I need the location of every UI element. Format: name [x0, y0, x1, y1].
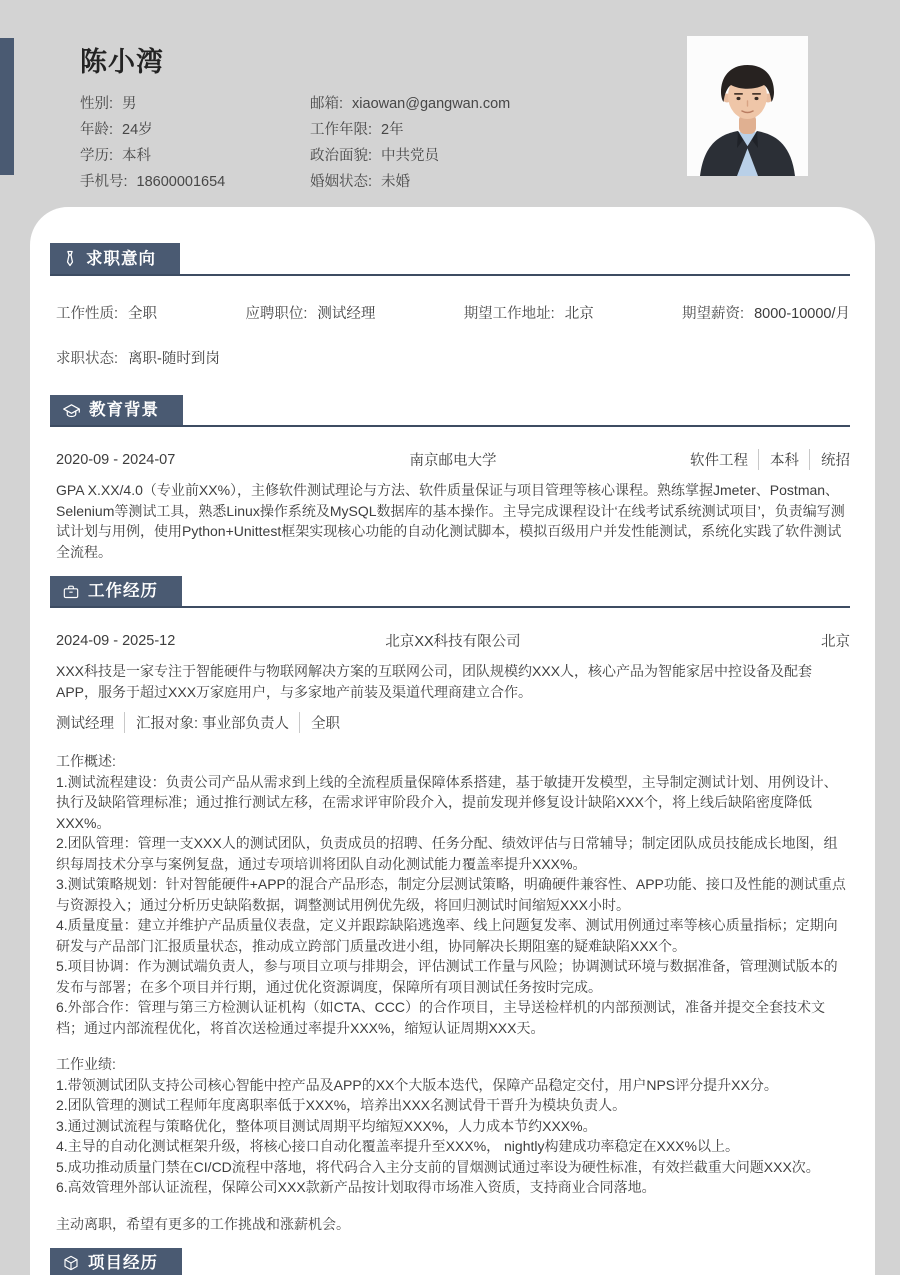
info-field: 手机号:18600001654 [80, 169, 310, 195]
info-label: 婚姻状态: [310, 174, 372, 190]
profile-photo [687, 36, 808, 176]
info-label: 年龄: [80, 122, 113, 138]
work-achievements-list: 1.带领测试团队支持公司核心智能中控产品及APP的XX个大版本迭代，保障产品稳定… [56, 1075, 850, 1198]
info-field: 政治面貌:中共党员 [310, 143, 640, 169]
section-header-project: 项目经历 [50, 1248, 850, 1275]
info-value: 24岁 [122, 122, 153, 138]
info-value: xiaowan@gangwan.com [352, 96, 510, 112]
work-achievements: 工作业绩: 1.带领测试团队支持公司核心智能中控产品及APP的XX个大版本迭代，… [56, 1054, 850, 1198]
intent-field: 期望薪资:8000-10000/月 [682, 302, 850, 323]
section-title: 项目经历 [88, 1255, 158, 1271]
work-overview-item: 1.测试流程建设：负责公司产品从需求到上线的全流程质量保障体系搭建，基于敏捷开发… [56, 772, 850, 834]
work-achievement-item: 2.团队管理的测试工程师年度离职率低于XXX%，培养出XXX名测试骨干晋升为模块… [56, 1095, 850, 1116]
education-tag: 软件工程 [690, 449, 748, 470]
intent-label: 期望薪资: [682, 306, 744, 322]
job-intent-row-1: 工作性质:全职 应聘职位:测试经理 期望工作地址:北京 期望薪资:8000-10… [56, 302, 850, 323]
intent-field: 期望工作地址:北京 [464, 302, 594, 323]
section-header-work: 工作经历 [50, 576, 850, 608]
info-label: 工作年限: [310, 122, 372, 138]
info-value: 男 [122, 96, 137, 112]
education-tags: 软件工程本科统招 [652, 449, 851, 470]
personal-info: 性别:男 年龄:24岁 学历:本科 手机号:18600001654 [80, 91, 660, 195]
info-label: 手机号: [80, 174, 128, 190]
work-role-tag: 汇报对象: 事业部负责人 [124, 712, 289, 733]
section-title: 工作经历 [88, 583, 158, 599]
work-overview-item: 2.团队管理：管理一支XXX人的测试团队，负责成员的招聘、任务分配、绩效评估与日… [56, 833, 850, 874]
info-value: 未婚 [381, 174, 410, 190]
education-tag: 统招 [809, 449, 850, 470]
intent-value: 全职 [128, 306, 157, 322]
info-label: 政治面貌: [310, 148, 372, 164]
intent-label: 求职状态: [56, 351, 118, 367]
info-label: 学历: [80, 148, 113, 164]
education-description: GPA X.XX/4.0（专业前XX%），主修软件测试理论与方法、软件质量保证与… [56, 480, 850, 562]
job-intent-row-2: 求职状态:离职-随时到岗 [56, 347, 850, 368]
work-body: 2024-09 - 2025-12 北京XX科技有限公司 北京 XXX科技是一家… [56, 630, 850, 1234]
work-achievement-item: 5.成功推动质量门禁在CI/CD流程中落地，将代码合入主分支前的冒烟测试通过率设… [56, 1157, 850, 1178]
work-overview-item: 5.项目协调：作为测试端负责人，参与项目立项与排期会，评估测试工作量与风险；协调… [56, 956, 850, 997]
section-badge: 工作经历 [50, 576, 182, 606]
section-badge: 求职意向 [50, 243, 180, 274]
graduation-cap-icon [63, 403, 80, 418]
intent-field: 应聘职位:测试经理 [245, 302, 375, 323]
info-field: 婚姻状态:未婚 [310, 169, 640, 195]
education-meta-row: 2020-09 - 2024-07 南京邮电大学 软件工程本科统招 [56, 449, 850, 470]
work-achievements-title: 工作业绩: [56, 1054, 850, 1075]
briefcase-icon [63, 584, 79, 599]
work-overview-item: 3.测试策略规划：针对智能硬件+APP的混合产品形态，制定分层测试策略，明确硬件… [56, 874, 850, 915]
education-tag: 本科 [758, 449, 799, 470]
info-field: 性别:男 [80, 91, 310, 117]
work-period: 2024-09 - 2025-12 [56, 633, 255, 649]
education-body: 2020-09 - 2024-07 南京邮电大学 软件工程本科统招 GPA X.… [56, 449, 850, 562]
intent-label: 工作性质: [56, 306, 118, 322]
left-accent-bar [0, 38, 14, 175]
intent-label: 应聘职位: [245, 306, 307, 322]
package-icon [63, 1255, 79, 1271]
work-role-row: 测试经理汇报对象: 事业部负责人全职 [56, 712, 850, 733]
work-overview-title: 工作概述: [56, 751, 850, 772]
work-achievement-item: 6.高效管理外部认证流程，保障公司XXX款新产品按计划取得市场准入资质，支持商业… [56, 1177, 850, 1198]
info-column-left: 性别:男 年龄:24岁 学历:本科 手机号:18600001654 [80, 91, 310, 195]
info-column-right: 邮箱:xiaowan@gangwan.com 工作年限:2年 政治面貌:中共党员… [310, 91, 640, 195]
candidate-name: 陈小湾 [80, 40, 660, 79]
intent-field: 工作性质:全职 [56, 302, 157, 323]
section-badge: 项目经历 [50, 1248, 182, 1275]
work-role-tag: 全职 [299, 712, 340, 733]
info-field: 学历:本科 [80, 143, 310, 169]
intent-value: 离职-随时到岗 [128, 351, 220, 367]
work-achievement-item: 1.带领测试团队支持公司核心智能中控产品及APP的XX个大版本迭代，保障产品稳定… [56, 1075, 850, 1096]
work-achievement-item: 3.通过测试流程与策略优化，整体项目测试周期平均缩短XXX%，人力成本节约XXX… [56, 1116, 850, 1137]
work-company: 北京XX科技有限公司 [255, 630, 652, 651]
intent-value: 8000-10000/月 [754, 306, 850, 322]
portrait-photo-illustration [687, 36, 808, 176]
leave-reason: 主动离职，希望有更多的工作挑战和涨薪机会。 [56, 1214, 850, 1235]
resume-card: 求职意向 工作性质:全职 应聘职位:测试经理 期望工作地址:北京 [30, 207, 875, 1275]
intent-value: 测试经理 [317, 306, 375, 322]
info-field: 年龄:24岁 [80, 117, 310, 143]
education-school: 南京邮电大学 [255, 449, 652, 470]
info-value: 2年 [381, 122, 404, 138]
section-title: 求职意向 [86, 251, 156, 267]
info-label: 邮箱: [310, 96, 343, 112]
info-field: 邮箱:xiaowan@gangwan.com [310, 91, 640, 117]
work-overview-item: 4.质量度量：建立并维护产品质量仪表盘，定义并跟踪缺陷逃逸率、线上问题复发率、测… [56, 915, 850, 956]
intent-field: 求职状态:离职-随时到岗 [56, 347, 220, 368]
resume-header: 陈小湾 性别:男 年龄:24岁 学历:本科 [80, 40, 660, 195]
job-intent-body: 工作性质:全职 应聘职位:测试经理 期望工作地址:北京 期望薪资:8000-10… [56, 302, 850, 368]
work-role-tag: 测试经理 [56, 712, 114, 733]
section-header-education: 教育背景 [50, 395, 850, 427]
info-value: 中共党员 [381, 148, 439, 164]
section-badge: 教育背景 [50, 395, 183, 425]
section-title: 教育背景 [89, 402, 159, 418]
work-meta-row: 2024-09 - 2025-12 北京XX科技有限公司 北京 [56, 630, 850, 651]
intent-label: 期望工作地址: [464, 306, 555, 322]
info-value: 本科 [122, 148, 151, 164]
info-field: 工作年限:2年 [310, 117, 640, 143]
company-intro: XXX科技是一家专注于智能硬件与物联网解决方案的互联网公司，团队规模约XXX人，… [56, 661, 850, 702]
work-achievement-item: 4.主导的自动化测试框架升级，将核心接口自动化覆盖率提升至XXX%， night… [56, 1136, 850, 1157]
work-overview-item: 6.外部合作：管理与第三方检测认证机构（如CTA、CCC）的合作项目，主导送检样… [56, 997, 850, 1038]
intent-value: 北京 [565, 306, 594, 322]
section-header-job-intent: 求职意向 [50, 243, 850, 276]
work-overview-list: 1.测试流程建设：负责公司产品从需求到上线的全流程质量保障体系搭建，基于敏捷开发… [56, 772, 850, 1039]
tie-icon [63, 250, 77, 267]
work-location: 北京 [652, 630, 851, 651]
info-value: 18600001654 [137, 174, 226, 190]
info-label: 性别: [80, 96, 113, 112]
work-overview: 工作概述: 1.测试流程建设：负责公司产品从需求到上线的全流程质量保障体系搭建，… [56, 751, 850, 1038]
resume-page: 陈小湾 性别:男 年龄:24岁 学历:本科 [0, 0, 900, 1275]
education-period: 2020-09 - 2024-07 [56, 452, 255, 468]
